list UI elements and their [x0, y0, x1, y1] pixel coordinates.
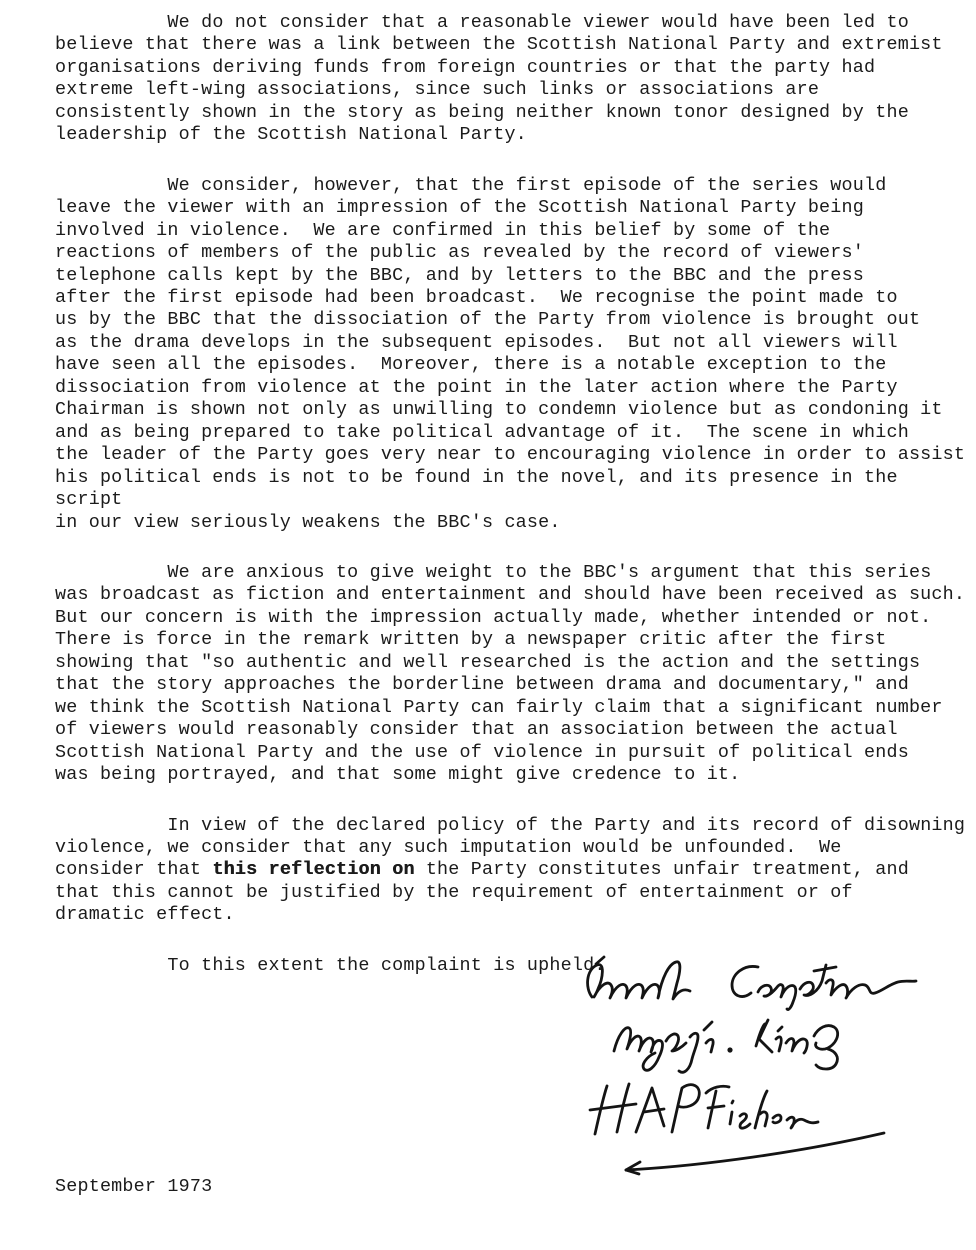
- paragraph-4: In view of the declared policy of the Pa…: [55, 815, 976, 927]
- paragraph-1: We do not consider that a reasonable vie…: [55, 12, 976, 147]
- paragraph-2: We consider, however, that the first epi…: [55, 175, 976, 534]
- signature-edmund-compton: [580, 952, 920, 1012]
- paragraph-4-overtyped-phrase: this reflection on: [212, 859, 414, 880]
- date-line: September 1973: [55, 1176, 212, 1197]
- document-page: We do not consider that a reasonable vie…: [0, 0, 976, 1250]
- document-body: We do not consider that a reasonable vie…: [55, 12, 976, 977]
- signature-maybray-king: [608, 1006, 863, 1078]
- paragraph-3: We are anxious to give weight to the BBC…: [55, 562, 976, 787]
- signature-hap-fisher: [582, 1076, 917, 1178]
